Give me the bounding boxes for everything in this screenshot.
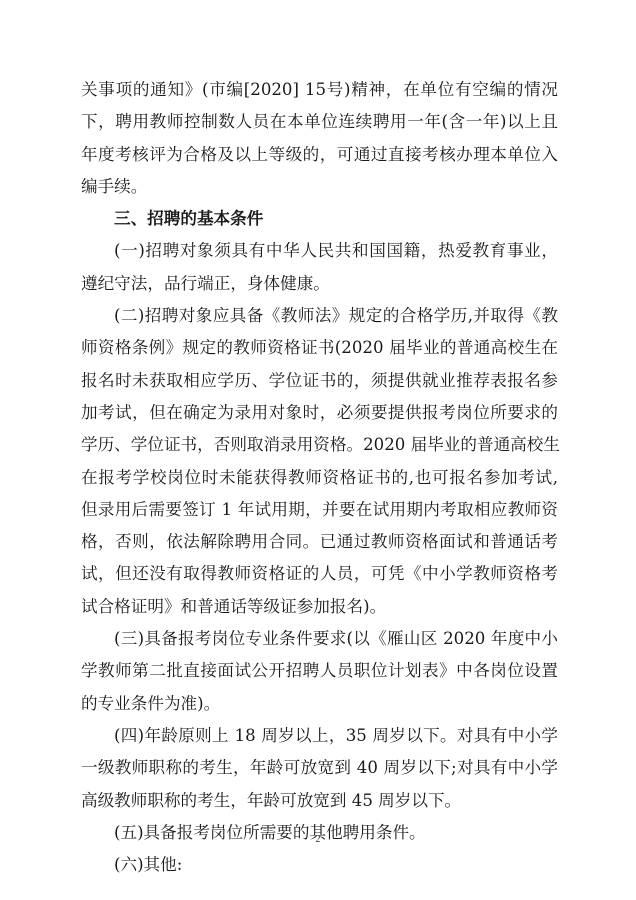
text-line: (二)招聘对象应具备《教师法》规定的合格学历,并取得《教 xyxy=(81,300,558,332)
text-line: 加考试，但在确定为录用对象时，必须要提供报考岗位所要求的 xyxy=(81,397,558,429)
document-page: 关事项的通知》(市编[2020] 15号)精神，在单位有空编的情况 下，聘用教师… xyxy=(0,0,636,900)
text-line: 试合格证明》和普通话等级证参加报名)。 xyxy=(81,591,558,623)
text-line: 的专业条件为准)。 xyxy=(81,688,558,720)
text-line: 学历、学位证书，否则取消录用资格。2020 届毕业的普通高校生 xyxy=(81,429,558,461)
text-line: 师资格条例》规定的教师资格证书(2020 届毕业的普通高校生在 xyxy=(81,332,558,364)
text-line: 高级教师职称的考生，年龄可放宽到 45 周岁以下。 xyxy=(81,785,558,817)
text-line: 关事项的通知》(市编[2020] 15号)精神，在单位有空编的情况 xyxy=(81,74,558,106)
text-line: 在报考学校岗位时未能获得教师资格证书的,也可报名参加考试, xyxy=(81,462,558,494)
paragraph-condition-6: (六)其他: xyxy=(81,849,558,881)
paragraph-condition-4: (四)年龄原则上 18 周岁以上，35 周岁以下。对具有中小学 一级教师职称的考… xyxy=(81,720,558,817)
text-line: 报名时未获取相应学历、学位证书的，须提供就业推荐表报名参 xyxy=(81,365,558,397)
text-line: (四)年龄原则上 18 周岁以上，35 周岁以下。对具有中小学 xyxy=(81,720,558,752)
text-line: 但录用后需要签订 1 年试用期，并要在试用期内考取相应教师资 xyxy=(81,494,558,526)
text-line: (三)具备报考岗位专业条件要求(以《雁山区 2020 年度中小 xyxy=(81,623,558,655)
page-number: 2 xyxy=(0,834,636,845)
text-line: (六)其他: xyxy=(81,849,558,881)
text-line: (一)招聘对象须具有中华人民共和国国籍，热爱教育事业， xyxy=(81,235,558,267)
document-body: 关事项的通知》(市编[2020] 15号)精神，在单位有空编的情况 下，聘用教师… xyxy=(81,74,558,881)
paragraph-condition-1: (一)招聘对象须具有中华人民共和国国籍，热爱教育事业， 遵纪守法，品行端正，身体… xyxy=(81,235,558,300)
text-line: 一级教师职称的考生，年龄可放宽到 40 周岁以下;对具有中小学 xyxy=(81,752,558,784)
text-line: 遵纪守法，品行端正，身体健康。 xyxy=(81,268,558,300)
section-heading-basic-conditions: 三、招聘的基本条件 xyxy=(81,203,558,235)
text-line: 下，聘用教师控制数人员在本单位连续聘用一年(含一年)以上且 xyxy=(81,106,558,138)
paragraph-condition-3: (三)具备报考岗位专业条件要求(以《雁山区 2020 年度中小 学教师第二批直接… xyxy=(81,623,558,720)
paragraph-intro-continuation: 关事项的通知》(市编[2020] 15号)精神，在单位有空编的情况 下，聘用教师… xyxy=(81,74,558,203)
paragraph-condition-2: (二)招聘对象应具备《教师法》规定的合格学历,并取得《教 师资格条例》规定的教师… xyxy=(81,300,558,623)
text-line: 格，否则，依法解除聘用合同。已通过教师资格面试和普通话考 xyxy=(81,526,558,558)
text-line: 学教师第二批直接面试公开招聘人员职位计划表》中各岗位设置 xyxy=(81,655,558,687)
section-heading: 三、招聘的基本条件 xyxy=(81,203,558,235)
text-line: 编手续。 xyxy=(81,171,558,203)
text-line: 年度考核评为合格及以上等级的，可通过直接考核办理本单位入 xyxy=(81,139,558,171)
text-line: 试，但还没有取得教师资格证的人员，可凭《中小学教师资格考 xyxy=(81,558,558,590)
